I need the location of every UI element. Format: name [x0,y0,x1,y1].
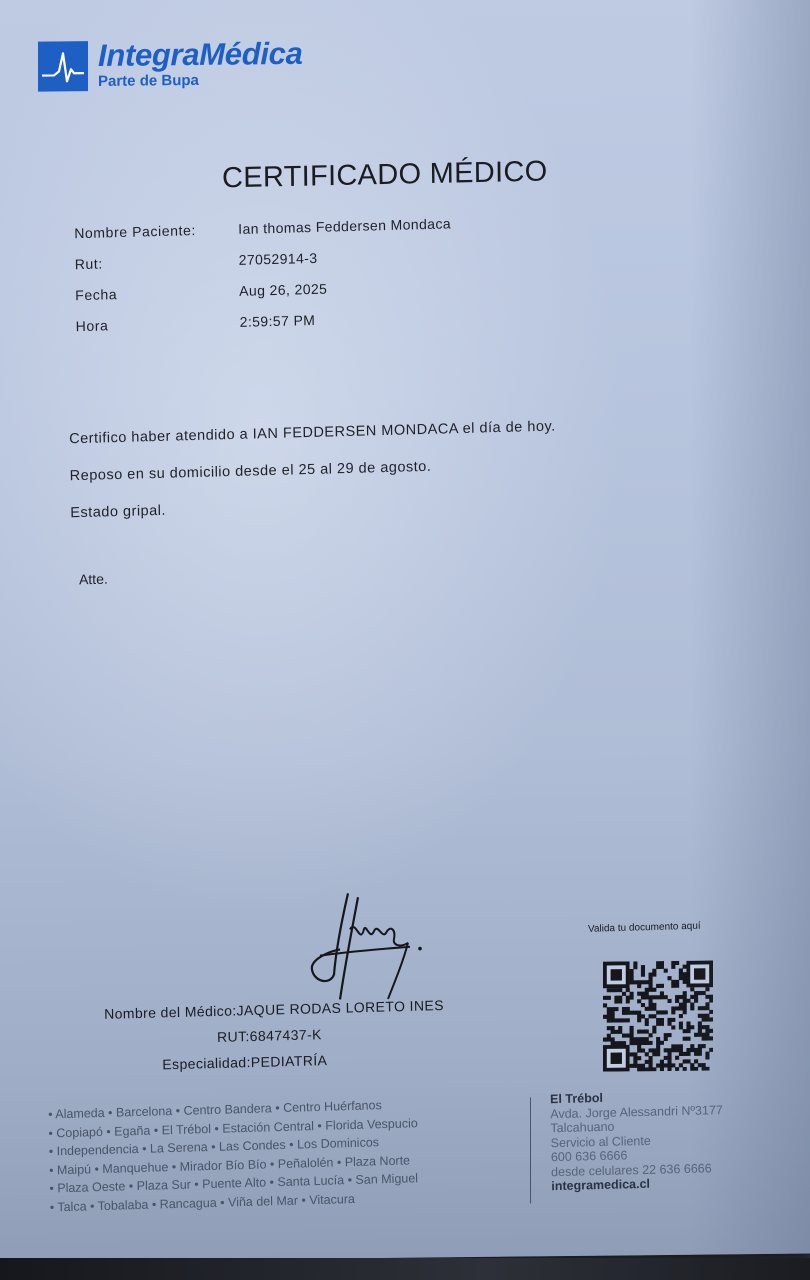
field-value: Ian thomas Feddersen Mondaca [238,215,451,237]
field-label: Fecha [75,282,239,302]
field-label: Hora [76,313,240,333]
contact-info: El Trébol Avda. Jorge Alessandri Nº3177 … [550,1088,724,1194]
field-label: Nombre Paciente: [74,220,238,240]
body-paragraph: Reposo en su domicilio desde el 25 al 29… [70,454,557,487]
field-value: Aug 26, 2025 [239,280,327,298]
certificate-paper: IntegraMédica Parte de Bupa CERTIFICADO … [0,0,810,1262]
document-title: CERTIFICADO MÉDICO [222,156,548,196]
website-link[interactable]: integramedica.cl [551,1175,724,1194]
qr-code-icon[interactable] [603,961,713,1072]
brand-subtitle: Parte de Bupa [98,71,303,90]
field-label: Rut: [75,251,239,271]
body-paragraph: Estado gripal. [70,491,557,524]
closing: Atte. [79,571,108,588]
doctor-name: Nombre del Médico:JAQUE RODAS LORETO INE… [104,997,444,1022]
brand-logo: IntegraMédica Parte de Bupa [38,39,303,92]
validate-label: Valida tu documento aquí [588,921,701,935]
signature [300,888,440,1009]
footer-divider [530,1097,531,1203]
heartbeat-icon [38,41,88,92]
certificate-body: Certifico haber atendido a IAN FEDDERSEN… [69,417,557,541]
patient-fields: Nombre Paciente: Ian thomas Feddersen Mo… [74,207,453,341]
doctor-info: Nombre del Médico:JAQUE RODAS LORETO INE… [104,997,445,1074]
brand-name: IntegraMédica [98,39,303,71]
branch-list: • Alameda • Barcelona • Centro Bandera •… [48,1095,419,1216]
doctor-rut: RUT:6847437-K [94,1023,444,1048]
body-paragraph: Certifico haber atendido a IAN FEDDERSEN… [69,417,556,450]
field-value: 2:59:57 PM [240,311,316,329]
doctor-specialty: Especialidad:PEDIATRÍA [45,1049,445,1075]
background-surface [0,1258,810,1280]
field-value: 27052914-3 [239,249,318,267]
